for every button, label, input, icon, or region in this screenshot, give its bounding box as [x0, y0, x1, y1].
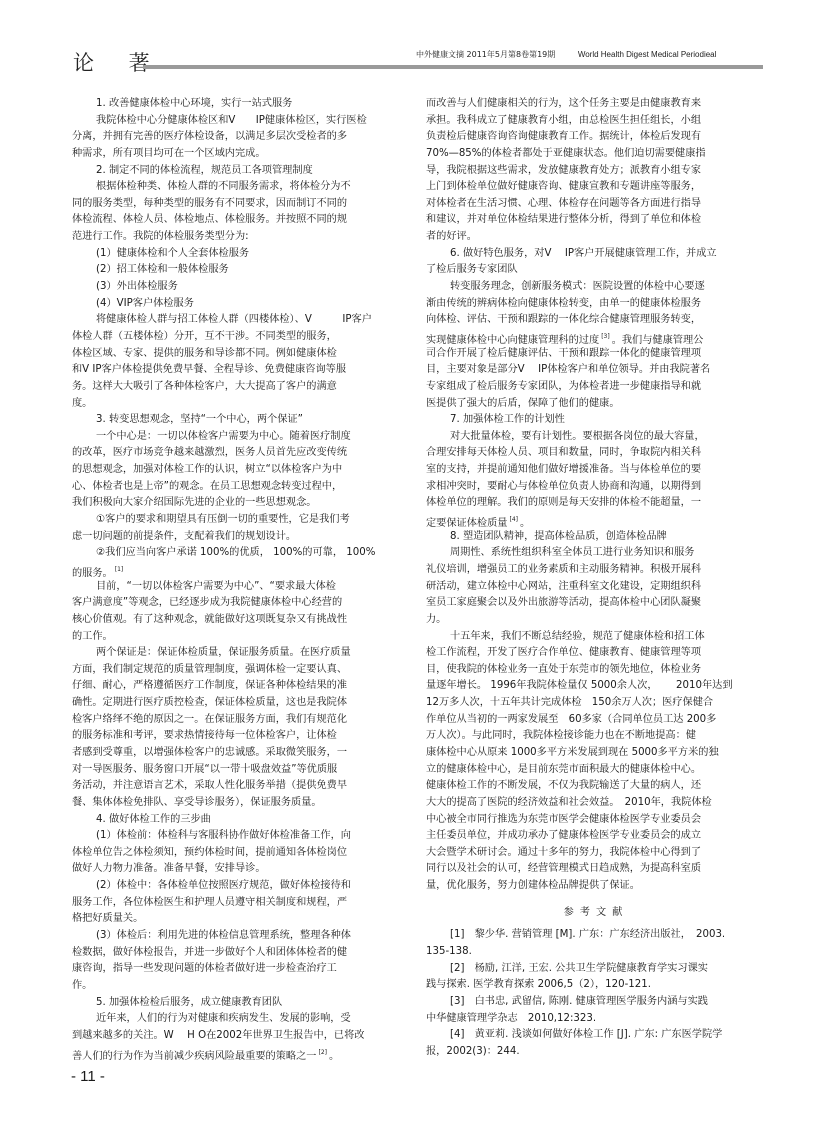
- text-line: 服务工作，各位体检医生和护理人员遵守相关制度和规程，严: [72, 897, 347, 908]
- paragraph-line: 核心价值观。有了这种观念，就能做好这项既复杂又有挑战性: [72, 612, 412, 629]
- paragraph-line: 目，使我院的体检业务一直处于东莞市的领先地位，体检业务: [426, 662, 766, 679]
- paragraph-line: 康咨询，指导一些发现问题的体检者做好进一步检查治疗工: [72, 961, 412, 978]
- text-line: 做好人力物力准备。准备早餐，安排导诊。: [72, 863, 266, 874]
- text-line: 定要保证体检质量: [426, 518, 508, 529]
- reference-line: 报，2002(3)：244.: [426, 1044, 766, 1061]
- paragraph-line: 对体检者在生活习惯、心理、体检存在问题等各方面进行指导: [426, 196, 766, 213]
- text-line: 将健康体检人群与招工体检人群（四楼体检）、V IP客户: [96, 314, 372, 325]
- text-line: 的服务。: [72, 568, 113, 579]
- text-line: 十五年来，我们不断总结经验，规范了健康体检和招工体: [450, 631, 705, 642]
- header-rule: [143, 65, 763, 69]
- paragraph-line: 对大批量体检，要有计划性。要根据各岗位的最大容量，: [426, 429, 766, 446]
- text-line: 者感到受尊重，以增强体检客户的忠诚感。采取微笑服务，一: [72, 747, 347, 758]
- text-line: 12万多人次，十五年共计完成体检 150余万人次；医疗保健合: [426, 697, 713, 708]
- text-line: 医提供了强大的后盾，保障了他们的健康。: [426, 398, 620, 409]
- text-line: 求相冲突时，要耐心与体检单位负责人协商和沟通，以期得到: [426, 481, 701, 492]
- text-line: 检客户络绎不绝的原因之一。在保证服务方面，我们有规范化: [72, 714, 347, 725]
- text-line: 渐由传统的辨病体检向健康体检转变，由单一的健康体检服务: [426, 298, 701, 309]
- paragraph-line: 实现健康体检中心向健康管理科的过度[3]。我们与健康管理公: [426, 329, 766, 346]
- paragraph-line: 格把好质量关。: [72, 911, 412, 928]
- paragraph-line: 体检单位的理解。我们的原则是每天安排的体检不能超量，一: [426, 495, 766, 512]
- paragraph-line: 到越来越多的关注。W H O在2002年世界卫生报告中，已将改: [72, 1028, 412, 1045]
- text-line: 体检流程、体检人员、体检地点、体检服务。并按照不同的规: [72, 214, 347, 225]
- paragraph-line: 近年来，人们的行为对健康和疾病发生、发展的影响，受: [72, 1011, 412, 1028]
- text-line: 的改革，医疗市场竞争越来越激烈，医务人员首先应改变传统: [72, 447, 347, 458]
- paragraph-line: 万人次）。与此同时，我院体检接诊能力也在不断地提高：健: [426, 728, 766, 745]
- paragraph-line: 大大的提高了医院的经济效益和社会效益。 2010年，我院体检: [426, 795, 766, 812]
- references-title: 参考文献: [426, 905, 766, 922]
- text-line: 同的服务类型，每种类型的服务有不同要求，因而制订不同的: [72, 198, 347, 209]
- text-line: 万人次）。与此同时，我院体检接诊能力也在不断地提高：健: [426, 730, 696, 741]
- text-line: [1] 黎少华. 营销管理 [M]. 广东：广东经济出版社， 2003.: [450, 929, 725, 940]
- paragraph-line: 室员工家庭聚会以及外出旅游等活动，提高体检中心团队凝聚: [426, 595, 766, 612]
- paragraph-line: 量，优化服务，努力创建体检品牌提供了保证。: [426, 878, 766, 895]
- text-line: 同行以及社会的认可，经营管理模式日趋成熟，为提高科室质: [426, 863, 701, 874]
- paragraph-line: 体检单位告之体检须知，预约体检时间，提前通知各体检岗位: [72, 845, 412, 862]
- paragraph-line: 目，主要对象是部分V IP体检客户和单位领导。并由我院著名: [426, 362, 766, 379]
- text-line: 我院体检中心分健康体检区和V IP健康体检区，实行医检: [96, 115, 367, 126]
- paragraph-line: 务活动，并注意语言艺术，采取人性化服务举措（提供免费早: [72, 778, 412, 795]
- paragraph-line: 十五年来，我们不断总结经验，规范了健康体检和招工体: [426, 629, 766, 646]
- text-line: 心、体检者也是上帝”的观念。在员工思想观念转变过程中，: [72, 481, 342, 492]
- paragraph-line: 向体检、评估、干预和跟踪的一体化综合健康管理服务转变，: [426, 312, 766, 329]
- paragraph-line: 方面，我们制定规范的质量管理制度，强调体检一定要认真、: [72, 662, 412, 679]
- paragraph-line: 体检流程、体检人员、体检地点、体检服务。并按照不同的规: [72, 212, 412, 229]
- paragraph-line: 1. 改善健康体检中心环境，实行一站式服务: [72, 96, 412, 113]
- text-line: 专家组成了检后服务专家团队，为体检者进一步健康指导和就: [426, 381, 701, 392]
- paragraph-line: 转变服务理念，创新服务模式：医院设置的体检中心要逐: [426, 279, 766, 296]
- text-line: 仔细、耐心，严格遵循医疗工作制度，保证各种体检结果的准: [72, 680, 347, 691]
- text-line: 康咨询，指导一些发现问题的体检者做好进一步检查治疗工: [72, 963, 337, 974]
- paragraph-line: 导，我院根据这些需求，发放健康教育处方；派教育小组专家: [426, 163, 766, 180]
- text-tail: 。我们与健康管理公: [612, 335, 704, 346]
- paragraph-line: 12万多人次，十五年共计完成体检 150余万人次；医疗保健合: [426, 695, 766, 712]
- text-line: 检数据，做好体检报告，并进一步做好个人和团体体检者的健: [72, 947, 347, 958]
- text-line: 70%—85%的体检者都处于亚健康状态。他们迫切需要健康指: [426, 148, 706, 159]
- text-line: 确性。定期进行医疗质控检查，保证体检质量，这也是我院体: [72, 697, 347, 708]
- text-line: ①客户的要求和期望具有压倒一切的重要性，它是我们考: [96, 514, 350, 525]
- paragraph-line: 上门到体检单位做好健康咨询、健康宣教和专题讲座等服务，: [426, 179, 766, 196]
- text-line: 范进行工作。我院的体检服务类型分为:: [72, 231, 249, 242]
- paragraph-line: 8. 塑造团队精神，提高体检品质，创造体检品牌: [426, 529, 766, 546]
- text-line: 我们积极向大家介绍国际先进的企业的一些思想观念。: [72, 497, 317, 508]
- paragraph-line: 的思想观念，加强对体检工作的认识，树立“以体检客户为中: [72, 462, 412, 479]
- text-line: 务活动，并注意语言艺术，采取人性化服务举措（提供免费早: [72, 780, 347, 791]
- paragraph-line: (4）VIP客户体检服务: [72, 296, 412, 313]
- text-line: 向体检、评估、干预和跟踪的一体化综合健康管理服务转变，: [426, 314, 701, 325]
- citation-marker: [4]: [510, 516, 519, 523]
- paragraph-line: 的工作。: [72, 629, 412, 646]
- text-line: 中心被全市同行推选为东莞市医学会健康体检医学专业委员会: [426, 814, 701, 825]
- paragraph-line: 范进行工作。我院的体检服务类型分为:: [72, 229, 412, 246]
- paragraph-line: 承担。我科成立了健康教育小组，由总检医生担任组长，小组: [426, 113, 766, 130]
- text-line: 大大的提高了医院的经济效益和社会效益。 2010年，我院体检: [426, 797, 712, 808]
- paragraph-line: 我院体检中心分健康体检区和V IP健康体检区，实行医检: [72, 113, 412, 130]
- paragraph-line: 作。: [72, 978, 412, 995]
- text-line: 了检后服务专家团队: [426, 264, 518, 275]
- text-line: 目前，“一切以体检客户需要为中心”、“要求最大体检: [96, 581, 336, 592]
- right-column: 而改善与人们健康相关的行为，这个任务主要是由健康教育来承担。我科成立了健康教育小…: [426, 96, 766, 1061]
- citation-marker: [1]: [115, 566, 124, 573]
- text-line: (4）VIP客户体检服务: [96, 298, 194, 309]
- text-line: 两个保证是：保证体检质量，保证服务质量。在医疗质量: [96, 647, 351, 658]
- text-line: 室员工家庭聚会以及外出旅游等活动，提高体检中心团队凝聚: [426, 597, 701, 608]
- paragraph-line: 立的健康体检中心，是目前东莞市面积最大的健康体检中心。: [426, 762, 766, 779]
- text-line: 体检区域、专家、提供的服务和导诊都不同。例如健康体检: [72, 348, 337, 359]
- paragraph-line: (3）外出体检服务: [72, 279, 412, 296]
- text-line: (2）体检中：各体检单位按照医疗规范，做好体检接待和: [96, 880, 351, 891]
- text-line: 研活动，建立体检中心网站，注重科室文化建设，定期组织科: [426, 581, 701, 592]
- paragraph-line: 礼仪培训，增强员工的业务素质和主动服务精神。积极开展科: [426, 562, 766, 579]
- right-column-body: 而改善与人们健康相关的行为，这个任务主要是由健康教育来承担。我科成立了健康教育小…: [426, 96, 766, 895]
- paragraph-line: 检客户络绎不绝的原因之一。在保证服务方面，我们有规范化: [72, 712, 412, 729]
- text-line: 礼仪培训，增强员工的业务素质和主动服务精神。积极开展科: [426, 564, 701, 575]
- text-line: 合理安排每天体检人员、项目和数量，同时，争取院内相关科: [426, 447, 701, 458]
- citation-marker: [3]: [601, 333, 610, 340]
- text-line: 践与探索. 医学教育探索 2006,5（2），120-121.: [426, 979, 651, 990]
- text-line: [4] 黄亚莉. 浅谈如何做好体检工作 [J]. 广东: 广东医学院学: [450, 1029, 722, 1040]
- paragraph-line: 医提供了强大的后盾，保障了他们的健康。: [426, 396, 766, 413]
- text-line: 的思想观念，加强对体检工作的认识，树立“以体检客户为中: [72, 464, 342, 475]
- text-line: 体检单位告之体检须知，预约体检时间，提前通知各体检岗位: [72, 847, 347, 858]
- text-line: 根据体检种类、体检人群的不同服务需求，将体检分为不: [96, 181, 351, 192]
- paragraph-line: 心、体检者也是上帝”的观念。在员工思想观念转变过程中，: [72, 479, 412, 496]
- text-line: 目，主要对象是部分V IP体检客户和单位领导。并由我院著名: [426, 364, 710, 375]
- text-line: 1. 改善健康体检中心环境，实行一站式服务: [96, 98, 292, 109]
- paragraph-line: 求相冲突时，要耐心与体检单位负责人协商和沟通，以期得到: [426, 479, 766, 496]
- text-line: 4. 做好体检工作的三步曲: [96, 814, 211, 825]
- paragraph-line: 根据体检种类、体检人群的不同服务需求，将体检分为不: [72, 179, 412, 196]
- paragraph-line: 和V IP客户体检提供免费早餐、全程导诊、免费健康咨询等服: [72, 362, 412, 379]
- text-line: 2. 制定不同的体检流程，规范员工各项管理制度: [96, 165, 313, 176]
- paragraph-line: 目前，“一切以体检客户需要为中心”、“要求最大体检: [72, 579, 412, 596]
- left-column: 1. 改善健康体检中心环境，实行一站式服务我院体检中心分健康体检区和V IP健康…: [72, 96, 412, 1061]
- text-line: 体检人群（五楼体检）分开，互不干涉。不同类型的服务，: [72, 331, 337, 342]
- text-tail: 。: [329, 1051, 339, 1062]
- text-line: ②我们应当向客户承诺 100%的优质， 100%的可靠， 100%: [96, 547, 375, 558]
- text-line: 负责检后健康咨询咨询健康教育工作。据统计，体检后发现有: [426, 131, 701, 142]
- text-line: 者的好评。: [426, 231, 477, 242]
- text-line: 分离，并拥有完善的医疗体检设备，以满足多层次受检者的多: [72, 131, 347, 142]
- text-line: 和建议，并对单位体检结果进行整体分析，得到了单位和体检: [426, 214, 701, 225]
- paragraph-line: 力。: [426, 612, 766, 629]
- paragraph-line: 的改革，医疗市场竞争越来越激烈，医务人员首先应改变传统: [72, 445, 412, 462]
- paragraph-line: 4. 做好体检工作的三步曲: [72, 812, 412, 829]
- paragraph-line: 仔细、耐心，严格遵循医疗工作制度，保证各种体检结果的准: [72, 678, 412, 695]
- text-line: 导，我院根据这些需求，发放健康教育处方；派教育小组专家: [426, 165, 701, 176]
- paragraph-line: 者感到受尊重，以增强体检客户的忠诚感。采取微笑服务，一: [72, 745, 412, 762]
- paragraph-line: 者的好评。: [426, 229, 766, 246]
- paragraph-line: 周期性、系统性组织科室全体员工进行业务知识和服务: [426, 545, 766, 562]
- paragraph-line: 服务工作，各位体检医生和护理人员遵守相关制度和规程，严: [72, 895, 412, 912]
- text-line: 室的支持，并提前通知他们做好增援准备。当与体检单位的要: [426, 464, 701, 475]
- text-line: 量逐年增长。 1996年我院体检量仅 5000余人次， 2010年达到: [426, 680, 733, 691]
- text-line: 到越来越多的关注。W H O在2002年世界卫生报告中，已将改: [72, 1030, 364, 1041]
- reference-line: [2] 杨励, 江洋, 王宏. 公共卫生学院健康教育学实习课实: [426, 961, 766, 978]
- text-line: 上门到体检单位做好健康咨询、健康宣教和专题讲座等服务，: [426, 181, 701, 192]
- citation-marker: [2]: [319, 1049, 328, 1056]
- reference-line: 践与探索. 医学教育探索 2006,5（2），120-121.: [426, 977, 766, 994]
- paragraph-line: 6. 做好特色服务，对V IP客户开展健康管理工作，并成立: [426, 246, 766, 263]
- text-line: 善人们的行为作为当前减少疾病风险最重要的策略之一: [72, 1051, 317, 1062]
- paragraph-line: 70%—85%的体检者都处于亚健康状态。他们迫切需要健康指: [426, 146, 766, 163]
- text-line: 对大批量体检，要有计划性。要根据各岗位的最大容量，: [450, 431, 705, 442]
- journal-title-cn: 中外健康文摘 2011年5月第8卷第19期: [416, 50, 555, 59]
- paragraph-line: (1）体检前：体检科与客服科协作做好体检准备工作，向: [72, 828, 412, 845]
- reference-line: 135-138.: [426, 944, 766, 961]
- text-line: 5. 加强体检检后服务，成立健康教育团队: [96, 997, 282, 1008]
- paragraph-line: 渐由传统的辨病体检向健康体检转变，由单一的健康体检服务: [426, 296, 766, 313]
- text-line: 虑一切问题的前提条件，支配着我们的规划设计。: [72, 531, 296, 542]
- text-line: 康体检中心从原来 1000多平方米发展到现在 5000多平方米的独: [426, 747, 719, 758]
- paragraph-line: 客户满意度”等观念，已经逐步成为我院健康体检中心经营的: [72, 595, 412, 612]
- text-line: (2）招工体检和一般体检服务: [96, 264, 229, 275]
- reference-line: [1] 黎少华. 营销管理 [M]. 广东：广东经济出版社， 2003.: [426, 927, 766, 944]
- paragraph-line: 度。: [72, 396, 412, 413]
- paragraph-line: 和建议，并对单位体检结果进行整体分析，得到了单位和体检: [426, 212, 766, 229]
- text-line: (1）健康体检和个人全套体检服务: [96, 248, 249, 259]
- text-line: (3）体检后：利用先进的体检信息管理系统，整理各种体: [96, 930, 351, 941]
- paragraph-line: 务。这样大大吸引了各种体检客户，大大提高了客户的满意: [72, 379, 412, 396]
- text-line: 3. 转变思想观念，坚持“一个中心，两个保证”: [96, 414, 303, 425]
- references-list: [1] 黎少华. 营销管理 [M]. 广东：广东经济出版社， 2003.135-…: [426, 927, 766, 1060]
- paragraph-line: 餐、集体体检免排队、享受导诊服务），保证服务质量。: [72, 795, 412, 812]
- paragraph-line: 同的服务类型，每种类型的服务有不同要求，因而制订不同的: [72, 196, 412, 213]
- text-line: 实现健康体检中心向健康管理科的过度: [426, 335, 599, 346]
- paragraph-line: 虑一切问题的前提条件，支配着我们的规划设计。: [72, 529, 412, 546]
- paragraph-line: 种需求，所有项目均可在一个区域内完成。: [72, 146, 412, 163]
- text-line: 目，使我院的体检业务一直处于东莞市的领先地位，体检业务: [426, 664, 701, 675]
- text-line: 大会暨学术研讨会。通过十多年的努力，我院体检中心得到了: [426, 847, 701, 858]
- paragraph-line: ②我们应当向客户承诺 100%的优质， 100%的可靠， 100%: [72, 545, 412, 562]
- text-line: 135-138.: [426, 946, 472, 957]
- text-line: 作。: [72, 980, 92, 991]
- paragraph-line: 将健康体检人群与招工体检人群（四楼体检）、V IP客户: [72, 312, 412, 329]
- text-line: 一个中心是：一切以体检客户需要为中心。随着医疗制度: [96, 431, 351, 442]
- paragraph-line: 确性。定期进行医疗质控检查，保证体检质量，这也是我院体: [72, 695, 412, 712]
- paragraph-line: (3）体检后：利用先进的体检信息管理系统，整理各种体: [72, 928, 412, 945]
- paragraph-line: 对一导医服务、服务窗口开展“以一带十吸盘效益”等优质服: [72, 762, 412, 779]
- paragraph-line: 健康体检工作的不断发展，不仅为我院输送了大量的病人，还: [426, 778, 766, 795]
- text-line: 对一导医服务、服务窗口开展“以一带十吸盘效益”等优质服: [72, 764, 337, 775]
- paragraph-line: 了检后服务专家团队: [426, 262, 766, 279]
- text-line: 体检单位的理解。我们的原则是每天安排的体检不能超量，一: [426, 497, 701, 508]
- paragraph-line: 体检人群（五楼体检）分开，互不干涉。不同类型的服务，: [72, 329, 412, 346]
- paragraph-line: 室的支持，并提前通知他们做好增援准备。当与体检单位的要: [426, 462, 766, 479]
- paragraph-line: 两个保证是：保证体检质量，保证服务质量。在医疗质量: [72, 645, 412, 662]
- paragraph-line: 负责检后健康咨询咨询健康教育工作。据统计，体检后发现有: [426, 129, 766, 146]
- text-line: 近年来，人们的行为对健康和疾病发生、发展的影响，受: [96, 1013, 351, 1024]
- text-line: (3）外出体检服务: [96, 281, 178, 292]
- paragraph-line: 合理安排每天体检人员、项目和数量，同时，争取院内相关科: [426, 445, 766, 462]
- text-line: 8. 塑造团队精神，提高体检品质，创造体检品牌: [450, 531, 667, 542]
- paragraph-line: 做好人力物力准备。准备早餐，安排导诊。: [72, 861, 412, 878]
- text-line: 司合作开展了检后健康评估、干预和跟踪一体化的健康管理项: [426, 348, 701, 359]
- text-line: [2] 杨励, 江洋, 王宏. 公共卫生学院健康教育学实习课实: [450, 963, 708, 974]
- paragraph-line: 定要保证体检质量[4]。: [426, 512, 766, 529]
- paragraph-line: 5. 加强体检检后服务，成立健康教育团队: [72, 995, 412, 1012]
- text-line: 承担。我科成立了健康教育小组，由总检医生担任组长，小组: [426, 115, 701, 126]
- text-line: 的工作。: [72, 631, 113, 642]
- text-line: 务。这样大大吸引了各种体检客户，大大提高了客户的满意: [72, 381, 337, 392]
- paragraph-line: 分离，并拥有完善的医疗体检设备，以满足多层次受检者的多: [72, 129, 412, 146]
- paragraph-line: 同行以及社会的认可，经营管理模式日趋成熟，为提高科室质: [426, 861, 766, 878]
- text-line: 中华健康管理学杂志 2010,12:323.: [426, 1013, 596, 1024]
- paragraph-line: 一个中心是：一切以体检客户需要为中心。随着医疗制度: [72, 429, 412, 446]
- text-line: 客户满意度”等观念，已经逐步成为我院健康体检中心经营的: [72, 597, 342, 608]
- paragraph-line: (1）健康体检和个人全套体检服务: [72, 246, 412, 263]
- text-line: 种需求，所有项目均可在一个区域内完成。: [72, 148, 266, 159]
- paragraph-line: 量逐年增长。 1996年我院体检量仅 5000余人次， 2010年达到: [426, 678, 766, 695]
- paragraph-line: (2）招工体检和一般体检服务: [72, 262, 412, 279]
- paragraph-line: 研活动，建立体检中心网站，注重科室文化建设，定期组织科: [426, 579, 766, 596]
- paragraph-line: 检数据，做好体检报告，并进一步做好个人和团体体检者的健: [72, 945, 412, 962]
- text-line: 格把好质量关。: [72, 913, 143, 924]
- text-line: 健康体检工作的不断发展，不仅为我院输送了大量的病人，还: [426, 780, 701, 791]
- paragraph-line: 主任委员单位，并成功承办了健康体检医学专业委员会的成立: [426, 828, 766, 845]
- text-line: 报，2002(3)：244.: [426, 1046, 520, 1057]
- paragraph-line: 善人们的行为作为当前减少疾病风险最重要的策略之一[2]。: [72, 1045, 412, 1062]
- text-tail: 。: [520, 518, 530, 529]
- text-line: 核心价值观。有了这种观念，就能做好这项既复杂又有挑战性: [72, 614, 347, 625]
- text-line: 方面，我们制定规范的质量管理制度，强调体检一定要认真、: [72, 664, 347, 675]
- paragraph-line: 体检区域、专家、提供的服务和导诊都不同。例如健康体检: [72, 346, 412, 363]
- paragraph-line: 司合作开展了检后健康评估、干预和跟踪一体化的健康管理项: [426, 346, 766, 363]
- text-line: 的服务标准和考评，要求热情接待每一位体检客户，让体检: [72, 730, 337, 741]
- paragraph-line: 中心被全市同行推选为东莞市医学会健康体检医学专业委员会: [426, 812, 766, 829]
- paragraph-line: 康体检中心从原来 1000多平方米发展到现在 5000多平方米的独: [426, 745, 766, 762]
- paragraph-line: 7. 加强体检工作的计划性: [426, 412, 766, 429]
- reference-line: [3] 白书忠, 武留信, 陈刚. 健康管理医学服务内涵与实践: [426, 994, 766, 1011]
- paragraph-line: 的服务。[1]: [72, 562, 412, 579]
- paragraph-line: 2. 制定不同的体检流程，规范员工各项管理制度: [72, 163, 412, 180]
- text-line: 检工作流程，开发了医疗合作单位、健康教育、健康管理等项: [426, 647, 701, 658]
- paragraph-line: 而改善与人们健康相关的行为，这个任务主要是由健康教育来: [426, 96, 766, 113]
- text-line: 转变服务理念，创新服务模式：医院设置的体检中心要逐: [450, 281, 705, 292]
- text-line: 7. 加强体检工作的计划性: [450, 414, 565, 425]
- paragraph-line: 作单位从当初的一两家发展至 60多家（合同单位员工达 200多: [426, 712, 766, 729]
- text-line: 力。: [426, 614, 446, 625]
- paragraph-line: 我们积极向大家介绍国际先进的企业的一些思想观念。: [72, 495, 412, 512]
- paragraph-line: (2）体检中：各体检单位按照医疗规范，做好体检接待和: [72, 878, 412, 895]
- paragraph-line: 专家组成了检后服务专家团队，为体检者进一步健康指导和就: [426, 379, 766, 396]
- text-line: 而改善与人们健康相关的行为，这个任务主要是由健康教育来: [426, 98, 701, 109]
- text-line: 对体检者在生活习惯、心理、体检存在问题等各方面进行指导: [426, 198, 701, 209]
- paragraph-line: 的服务标准和考评，要求热情接待每一位体检客户，让体检: [72, 728, 412, 745]
- paragraph-line: 大会暨学术研讨会。通过十多年的努力，我院体检中心得到了: [426, 845, 766, 862]
- journal-title-en: World Health Digest Medical Periodieal: [578, 50, 717, 59]
- text-line: 量，优化服务，努力创建体检品牌提供了保证。: [426, 880, 640, 891]
- reference-line: [4] 黄亚莉. 浅谈如何做好体检工作 [J]. 广东: 广东医学院学: [426, 1027, 766, 1044]
- text-line: 餐、集体体检免排队、享受导诊服务），保证服务质量。: [72, 797, 322, 808]
- journal-info: 中外健康文摘 2011年5月第8卷第19期 World Health Diges…: [416, 49, 716, 60]
- text-line: 和V IP客户体检提供免费早餐、全程导诊、免费健康咨询等服: [72, 364, 346, 375]
- page-number: - 11 -: [71, 1068, 105, 1085]
- text-line: 主任委员单位，并成功承办了健康体检医学专业委员会的成立: [426, 830, 701, 841]
- paragraph-line: 检工作流程，开发了医疗合作单位、健康教育、健康管理等项: [426, 645, 766, 662]
- text-line: [3] 白书忠, 武留信, 陈刚. 健康管理医学服务内涵与实践: [450, 996, 708, 1007]
- text-line: 6. 做好特色服务，对V IP客户开展健康管理工作，并成立: [450, 248, 717, 259]
- text-line: (1）体检前：体检科与客服科协作做好体检准备工作，向: [96, 830, 351, 841]
- reference-line: 中华健康管理学杂志 2010,12:323.: [426, 1011, 766, 1028]
- section-label: 论 著: [73, 47, 164, 77]
- text-line: 度。: [72, 398, 92, 409]
- paragraph-line: 3. 转变思想观念，坚持“一个中心，两个保证”: [72, 412, 412, 429]
- paragraph-line: ①客户的要求和期望具有压倒一切的重要性，它是我们考: [72, 512, 412, 529]
- text-line: 立的健康体检中心，是目前东莞市面积最大的健康体检中心。: [426, 764, 701, 775]
- text-line: 作单位从当初的一两家发展至 60多家（合同单位员工达 200多: [426, 714, 716, 725]
- text-line: 周期性、系统性组织科室全体员工进行业务知识和服务: [450, 547, 695, 558]
